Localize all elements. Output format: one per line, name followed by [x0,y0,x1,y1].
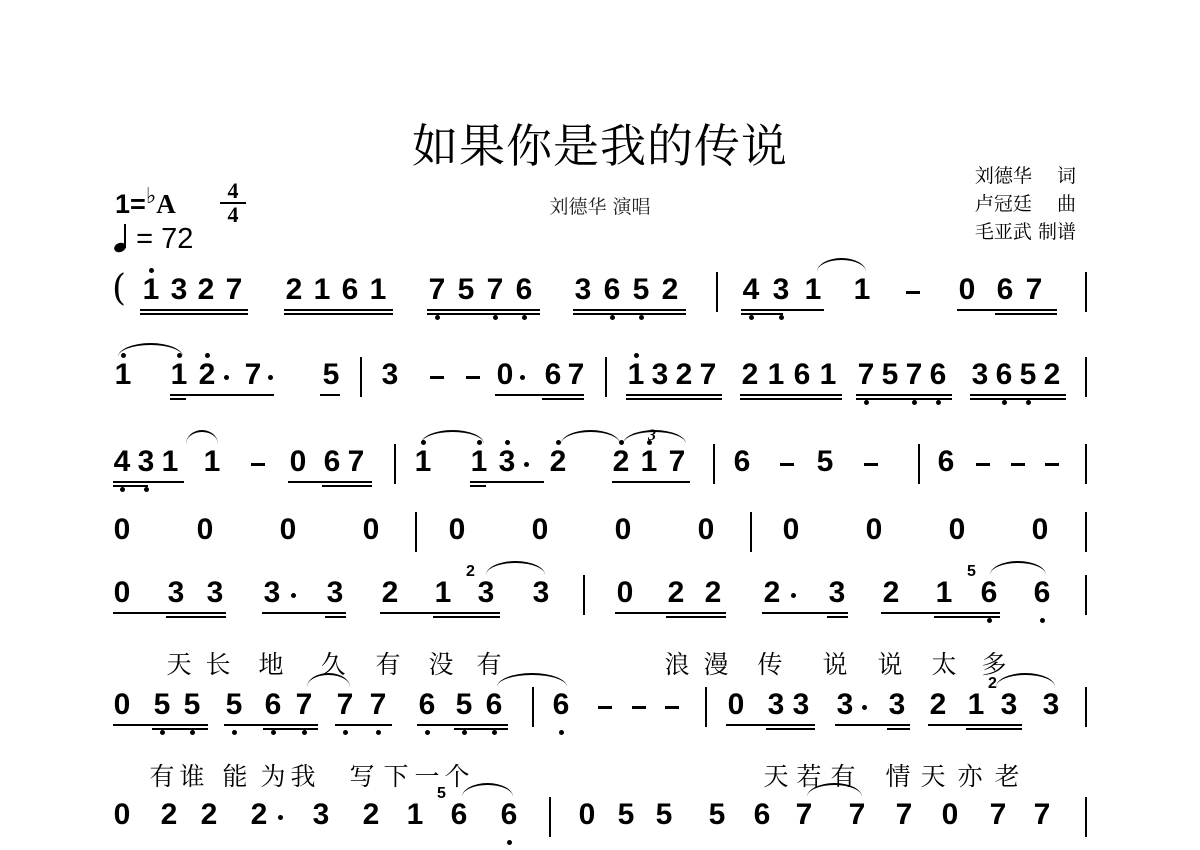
triplet-marker: 3 [648,427,656,445]
note: 1 [112,360,134,390]
note: 3 [834,690,856,720]
note: 3 [379,360,401,390]
lyric-syllable: 漫 [701,645,731,681]
note: 1 [638,447,660,477]
note: 3 [310,800,332,830]
note: 1 [432,578,454,608]
lyric-syllable: 天 [164,645,194,681]
note: 5 [453,690,475,720]
beam-underline [740,398,842,400]
note: 3 [475,578,497,608]
grace-note: 5 [967,563,976,581]
augmentation-dot [791,593,796,598]
dash-extension [632,706,646,709]
note: 3 [324,578,346,608]
note: 2 [196,360,218,390]
note: 3 [165,578,187,608]
low-octave-dot [912,400,917,405]
high-octave-dot [205,353,210,358]
high-octave-dot [149,268,154,273]
low-octave-dot [507,840,512,845]
beam-underline [322,485,372,487]
beam-underline [495,394,584,396]
note: 0 [956,275,978,305]
key-signature: 1=♭A [115,184,176,220]
low-octave-dot [190,730,195,735]
note: 2 [665,578,687,608]
lyric-syllable: 写 [347,757,377,793]
tempo-marking: = 72 [114,222,193,256]
note: 0 [111,578,133,608]
note: 0 [725,690,747,720]
low-octave-dot [376,730,381,735]
note: 0 [939,800,961,830]
beam-underline [626,398,722,400]
barline [1085,272,1087,312]
note: 0 [360,515,382,545]
beam-underline [542,398,584,400]
low-octave-dot [492,730,497,735]
note: 6 [262,690,284,720]
note: 1 [468,447,490,477]
note: 1 [933,578,955,608]
note: 2 [610,447,632,477]
transcriber-credit: 毛亚武 制谱 [975,218,1076,246]
note: 6 [448,800,470,830]
beam-underline [966,728,1022,730]
note: 3 [998,690,1020,720]
beam-underline [887,728,910,730]
beam-underline [113,485,148,487]
note: 6 [751,800,773,830]
low-octave-dot [302,730,307,735]
time-signature: 4 4 [220,181,246,225]
note: 6 [994,275,1016,305]
note: 7 [697,360,719,390]
beam-underline [762,612,848,614]
barline [549,797,551,837]
beam-underline [325,616,346,618]
note: 0 [946,515,968,545]
note: 7 [1031,800,1053,830]
beam-underline [726,724,815,726]
beam-underline [320,394,340,396]
note: 2 [158,800,180,830]
lyric-syllable: 传 [755,645,785,681]
beam-underline [113,724,208,726]
beam-underline [740,394,842,396]
beam-underline [856,398,952,400]
dash-extension [251,463,265,466]
note: 2 [195,275,217,305]
note: 2 [880,578,902,608]
note: 1 [168,360,190,390]
note: 7 [1023,275,1045,305]
low-octave-dot [559,730,564,735]
note: 6 [927,360,949,390]
dash-extension [1045,463,1059,466]
beam-underline [970,394,1066,396]
flat-icon: ♭ [146,184,156,209]
beam-underline [928,724,1022,726]
barline [605,357,607,397]
low-octave-dot [343,730,348,735]
beam-underline [827,616,848,618]
low-octave-dot [435,315,440,320]
barline [1085,512,1087,552]
note: 5 [181,690,203,720]
low-octave-dot [462,730,467,735]
lyric-syllable: 我 [288,757,318,793]
dash-extension [665,706,679,709]
note: 3 [261,578,283,608]
note: 0 [1029,515,1051,545]
lyric-syllable: 长 [203,645,233,681]
lyric-syllable: 老 [992,757,1022,793]
beam-underline [335,724,392,726]
low-octave-dot [232,730,237,735]
note: 7 [666,447,688,477]
note: 7 [426,275,448,305]
dash-extension [976,463,990,466]
lyric-syllable: 没 [426,645,456,681]
barline [705,687,707,727]
note: 0 [780,515,802,545]
note: 3 [168,275,190,305]
note: 1 [159,447,181,477]
note: 6 [542,360,564,390]
low-octave-dot [987,618,992,623]
note: 6 [498,800,520,830]
note: 5 [151,690,173,720]
note: 3 [572,275,594,305]
augmentation-dot [520,375,525,380]
low-octave-dot [1026,400,1031,405]
note: 7 [903,360,925,390]
lyric-syllable: 有 [147,757,177,793]
slur-tie [817,258,866,272]
lyric-syllable: 谁 [177,757,207,793]
barline [716,272,718,312]
low-octave-dot [493,315,498,320]
note: 7 [484,275,506,305]
slur-tie [497,673,567,687]
lyric-syllable: 有 [474,645,504,681]
note: 0 [529,515,551,545]
note: 6 [601,275,623,305]
barline [750,512,752,552]
low-octave-dot [864,400,869,405]
note: 0 [111,515,133,545]
note: 1 [404,800,426,830]
beam-underline [262,612,346,614]
beam-underline [140,309,248,311]
beam-underline [284,309,393,311]
note: 1 [965,690,987,720]
barline [360,357,362,397]
note: 1 [412,447,434,477]
note: 1 [802,275,824,305]
beam-underline [433,616,500,618]
note: 2 [360,800,382,830]
lyric-syllable: 天 [761,757,791,793]
low-octave-dot [522,315,527,320]
note: 7 [855,360,877,390]
beam-underline [766,728,815,730]
note: 7 [846,800,868,830]
beam-underline [573,313,686,315]
lyric-syllable: 说 [820,645,850,681]
beam-underline [152,728,208,730]
note: 1 [765,360,787,390]
beam-underline [470,481,544,483]
note: 1 [311,275,333,305]
beam-underline [417,724,508,726]
beam-underline [881,612,1000,614]
note: 6 [339,275,361,305]
note: 7 [793,800,815,830]
note: 3 [530,578,552,608]
note: 1 [817,360,839,390]
beam-underline [573,309,686,311]
low-octave-dot [120,487,125,492]
low-octave-dot [936,400,941,405]
beam-underline [427,309,540,311]
lyric-syllable: 下 [381,757,411,793]
low-octave-dot [639,315,644,320]
slur-tie [561,430,620,444]
note: 7 [223,275,245,305]
note: 2 [761,578,783,608]
beam-underline [626,394,722,396]
note: 0 [111,800,133,830]
beam-underline [380,612,500,614]
note: 0 [194,515,216,545]
note: 6 [416,690,438,720]
augmentation-dot [268,375,273,380]
note: 3 [496,447,518,477]
note: 0 [863,515,885,545]
beam-underline [995,313,1057,315]
beam-underline [454,728,508,730]
low-octave-dot [160,730,165,735]
beam-underline [856,394,952,396]
note: 0 [576,800,598,830]
note: 4 [111,447,133,477]
beam-underline [288,481,372,483]
note: 2 [547,447,569,477]
note: 1 [201,447,223,477]
beam-underline [284,313,393,315]
beam-underline [934,616,1000,618]
beam-underline [741,309,824,311]
note: 5 [223,690,245,720]
note: 0 [612,515,634,545]
note: 5 [630,275,652,305]
note: 7 [293,690,315,720]
augmentation-dot [862,705,867,710]
note: 2 [673,360,695,390]
dash-extension [598,706,612,709]
note: 7 [345,447,367,477]
note: 3 [886,690,908,720]
dash-extension [466,376,480,379]
lyric-syllable: 天 [918,757,948,793]
lyric-syllable: 为 [258,757,288,793]
note: 7 [367,690,389,720]
note: 3 [135,447,157,477]
slur-tie [990,561,1046,575]
note: 5 [879,360,901,390]
note: 0 [277,515,299,545]
barline [918,444,920,484]
lyric-syllable: 有 [373,645,403,681]
lyric-syllable: 能 [220,757,250,793]
note: 5 [320,360,342,390]
dash-extension [864,463,878,466]
beam-underline [263,728,318,730]
beam-underline [427,313,540,315]
augmentation-dot [224,375,229,380]
note: 6 [978,578,1000,608]
note: 5 [1017,360,1039,390]
note: 4 [740,275,762,305]
beam-underline [470,485,486,487]
note: 3 [765,690,787,720]
note: 2 [248,800,270,830]
note: 5 [814,447,836,477]
note: 3 [969,360,991,390]
note: 6 [321,447,343,477]
note: 2 [659,275,681,305]
low-octave-dot [1040,618,1045,623]
note: 6 [935,447,957,477]
lyric-syllable: 浪 [662,645,692,681]
note: 5 [455,275,477,305]
credits-block: 刘德华 词 卢冠廷 曲 毛亚武 制谱 [975,162,1076,246]
barline [1085,687,1087,727]
low-octave-dot [610,315,615,320]
lyricist-credit: 刘德华 词 [975,162,1076,190]
note: 7 [565,360,587,390]
barline [1085,575,1087,615]
slur-tie [186,430,218,444]
augmentation-dot [278,815,283,820]
note: 7 [242,360,264,390]
dash-extension [1011,463,1025,466]
barline [1085,444,1087,484]
note: 3 [1040,690,1062,720]
note: 1 [367,275,389,305]
note: 5 [653,800,675,830]
note: 2 [739,360,761,390]
note: 0 [494,360,516,390]
note: 5 [706,800,728,830]
note: 2 [927,690,949,720]
augmentation-dot [524,462,529,467]
beam-underline [224,724,318,726]
beam-underline [170,398,186,400]
note: 6 [483,690,505,720]
grace-note: 5 [437,785,446,803]
slur-tie [118,343,183,357]
beam-underline [166,616,226,618]
beam-underline [741,313,783,315]
beam-underline [612,481,690,483]
note: 2 [1041,360,1063,390]
note: 2 [283,275,305,305]
low-octave-dot [425,730,430,735]
note: 0 [614,578,636,608]
quarter-note-icon [114,222,128,252]
note: 3 [826,578,848,608]
low-octave-dot [779,315,784,320]
note: 3 [649,360,671,390]
note: 2 [198,800,220,830]
low-octave-dot [749,315,754,320]
note: 6 [731,447,753,477]
barline [713,444,715,484]
note: 6 [550,690,572,720]
open-parenthesis: ( [112,268,126,309]
low-octave-dot [271,730,276,735]
slur-tie [421,430,484,444]
note: 5 [615,800,637,830]
beam-underline [170,394,274,396]
note: 6 [513,275,535,305]
lyric-syllable: 情 [883,757,913,793]
note: 7 [987,800,1009,830]
lyric-syllable: 亦 [955,757,985,793]
note: 6 [993,360,1015,390]
note: 0 [446,515,468,545]
note: 3 [770,275,792,305]
barline [415,512,417,552]
barline [583,575,585,615]
high-octave-dot [505,440,510,445]
composer-credit: 卢冠廷 曲 [975,190,1076,218]
low-octave-dot [1002,400,1007,405]
note: 3 [790,690,812,720]
note: 1 [140,275,162,305]
performer-credit: 刘德华 演唱 [480,192,720,219]
dash-extension [780,463,794,466]
note: 1 [625,360,647,390]
barline [1085,357,1087,397]
dash-extension [906,291,920,294]
beam-underline [113,481,184,483]
grace-note: 2 [466,563,475,581]
dash-extension [430,376,444,379]
beam-underline [615,612,726,614]
lyric-syllable: 地 [256,645,286,681]
note: 2 [379,578,401,608]
note: 6 [791,360,813,390]
low-octave-dot [144,487,149,492]
beam-underline [957,309,1057,311]
note: 0 [111,690,133,720]
note: 3 [204,578,226,608]
beam-underline [140,313,248,315]
barline [394,444,396,484]
lyric-syllable: 太 [929,645,959,681]
slur-tie [486,561,545,575]
note: 0 [287,447,309,477]
note: 7 [893,800,915,830]
augmentation-dot [291,593,296,598]
note: 1 [851,275,873,305]
note: 0 [695,515,717,545]
